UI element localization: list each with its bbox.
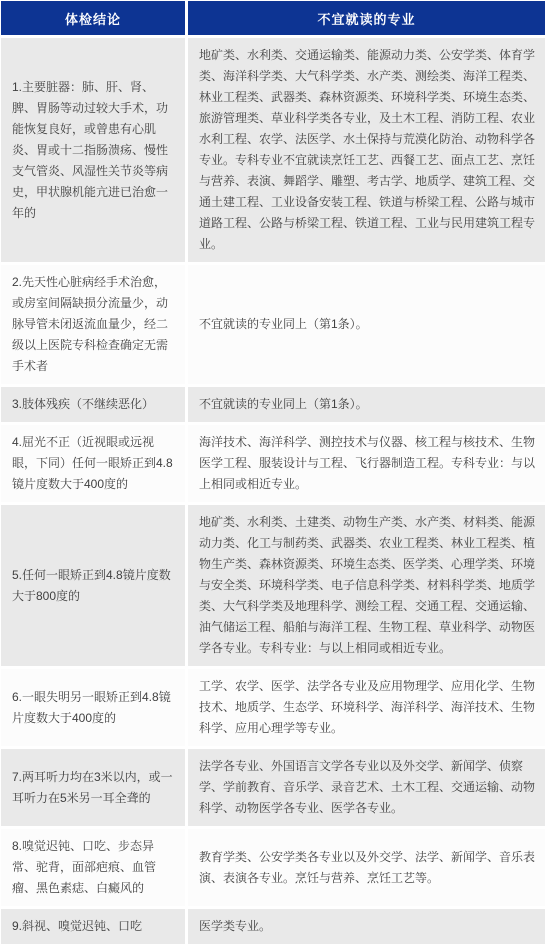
table-row-4: 4.屈光不正（近视眼或远视眼，下同）任何一眼矫正到4.8镜片度数大于400度的 … [1,424,545,504]
majors-cell-9: 医学类专业。 [187,908,545,946]
majors-cell-1: 地矿类、水利类、交通运输类、能源动力类、公安学类、体育学类、海洋科学类、大气科学… [187,37,545,264]
conclusion-cell-4: 4.屈光不正（近视眼或远视眼，下同）任何一眼矫正到4.8镜片度数大于400度的 [1,424,187,504]
exam-majors-table: 体检结论 不宜就读的专业 1.主要脏器：肺、肝、肾、脾、胃肠等动过较大手术，功能… [0,0,545,947]
table-row-1: 1.主要脏器：肺、肝、肾、脾、胃肠等动过较大手术，功能恢复良好，或曾患有心肌炎、… [1,37,545,264]
exam-conclusion-majors-page: 体检结论 不宜就读的专业 1.主要脏器：肺、肝、肾、脾、胃肠等动过较大手术，功能… [0,0,545,947]
column-header-conclusion: 体检结论 [1,1,187,37]
table-row-3: 3.肢体残疾（不继续恶化） 不宜就读的专业同上（第1条）。 [1,386,545,424]
table-row-9: 9.斜视、嗅觉迟钝、口吃 医学类专业。 [1,908,545,946]
majors-cell-4: 海洋技术、海洋科学、测控技术与仪器、核工程与核技术、生物医学工程、服装设计与工程… [187,424,545,504]
majors-cell-6: 工学、农学、医学、法学各专业及应用物理学、应用化学、生物技术、地质学、生态学、环… [187,668,545,748]
conclusion-cell-1: 1.主要脏器：肺、肝、肾、脾、胃肠等动过较大手术，功能恢复良好，或曾患有心肌炎、… [1,37,187,264]
conclusion-cell-2: 2.先天性心脏病经手术治愈，或房室间隔缺损分流量少，动脉导管未闭返流血量少，经二… [1,264,187,386]
conclusion-cell-9: 9.斜视、嗅觉迟钝、口吃 [1,908,187,946]
conclusion-cell-7: 7.两耳听力均在3米以内，或一耳听力在5米另一耳全聋的 [1,748,187,828]
conclusion-cell-6: 6.一眼失明另一眼矫正到4.8镜片度数大于400度的 [1,668,187,748]
column-header-majors: 不宜就读的专业 [187,1,545,37]
majors-cell-7: 法学各专业、外国语言文学各专业以及外交学、新闻学、侦察学、学前教育、音乐学、录音… [187,748,545,828]
conclusion-cell-8: 8.嗅觉迟钝、口吃、步态异常、驼背，面部疤痕、血管瘤、黑色素痣、白癜风的 [1,828,187,908]
conclusion-cell-5: 5.任何一眼矫正到4.8镜片度数大于800度的 [1,504,187,668]
majors-cell-5: 地矿类、水利类、土建类、动物生产类、水产类、材料类、能源动力类、化工与制药类、武… [187,504,545,668]
table-row-5: 5.任何一眼矫正到4.8镜片度数大于800度的 地矿类、水利类、土建类、动物生产… [1,504,545,668]
table-row-2: 2.先天性心脏病经手术治愈，或房室间隔缺损分流量少，动脉导管未闭返流血量少，经二… [1,264,545,386]
majors-cell-2: 不宜就读的专业同上（第1条）。 [187,264,545,386]
conclusion-cell-3: 3.肢体残疾（不继续恶化） [1,386,187,424]
table-row-6: 6.一眼失明另一眼矫正到4.8镜片度数大于400度的 工学、农学、医学、法学各专… [1,668,545,748]
majors-cell-8: 教育学类、公安学类各专业以及外交学、法学、新闻学、音乐表演、表演各专业。烹饪与营… [187,828,545,908]
majors-cell-3: 不宜就读的专业同上（第1条）。 [187,386,545,424]
header-row: 体检结论 不宜就读的专业 [1,1,545,37]
table-row-8: 8.嗅觉迟钝、口吃、步态异常、驼背，面部疤痕、血管瘤、黑色素痣、白癜风的 教育学… [1,828,545,908]
table-row-7: 7.两耳听力均在3米以内，或一耳听力在5米另一耳全聋的 法学各专业、外国语言文学… [1,748,545,828]
